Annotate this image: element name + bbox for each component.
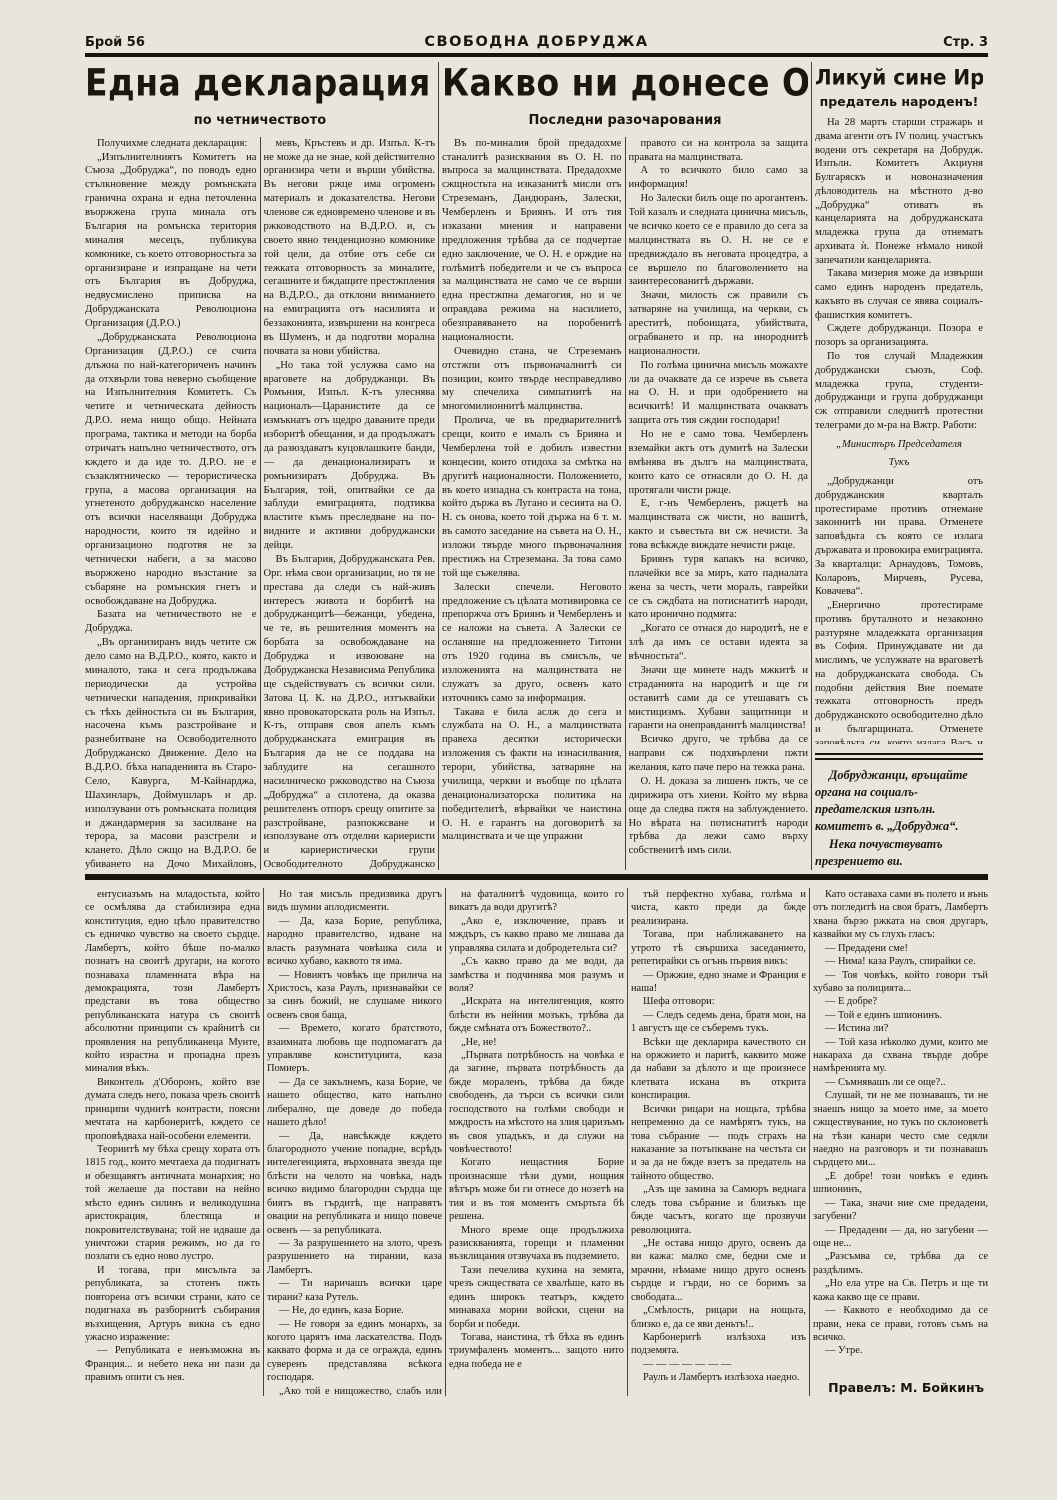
paragraph: Раулъ и Ламбертъ излѣзоха наедно.: [631, 1371, 806, 1384]
paragraph: И тогава, при мисъльта за републиката, з…: [85, 1264, 260, 1345]
paragraph: — Каквото е необходимо да се прави, нека…: [813, 1304, 988, 1344]
paragraph: — Ти наричашъ всички царе тирани? каза Р…: [267, 1277, 442, 1304]
paragraph: Слушай, ти не ме познавашъ, ти не знаешъ…: [813, 1089, 988, 1170]
paragraph: на фаталнитѣ чудовища, които го викатъ д…: [449, 888, 624, 915]
paragraph: „Не остава нищо друго, освенъ да ви кажа…: [631, 1237, 806, 1304]
paragraph: — Предадени — да, но загубени — още не..…: [813, 1224, 988, 1251]
paragraph: „Ако той е нищожество, слабъ или лошъ, к…: [267, 1385, 442, 1396]
feuilleton-column-1-text: ентусиазъмъ на младостьта, който се осмѣ…: [85, 888, 260, 1396]
paragraph: „Искрата на интелигенция, която блѣсти в…: [449, 995, 624, 1035]
paragraph: — Утре.: [813, 1344, 988, 1357]
paragraph: — Съмнявашъ ли се още?..: [813, 1076, 988, 1089]
paragraph: „Добруджанци отъ добруджанския кварталъ …: [815, 475, 983, 599]
paragraph: — Е добре?: [813, 995, 988, 1008]
section-rule: [85, 874, 988, 880]
paragraph: тъй перфектно хубава, голѣма и чиста, ка…: [631, 888, 806, 928]
paragraph: — Да се закълнемъ, каза Борие, че нашето…: [267, 1076, 442, 1130]
paragraph: Всички рицари на нощьта, трѣбва непремен…: [631, 1103, 806, 1184]
column-divider: [809, 888, 810, 1396]
paragraph: — За разрушението на злото, чрезъ разруш…: [267, 1237, 442, 1277]
article-league-headline: Какво ни донесе О.Н.: [442, 64, 808, 103]
newspaper-title: СВОБОДНА ДОБРУДЖА: [305, 34, 768, 50]
declaration-columns: Получихме следната декларация:„Изпълните…: [85, 137, 435, 870]
paragraph: ентусиазъмъ на младостьта, който се осмѣ…: [85, 888, 260, 1076]
article-declaration-subhead: по четничеството: [85, 113, 435, 128]
telegram-address: „Министъръ ПредседателяТукъ: [815, 438, 983, 471]
paragraph: Такава е била аслж до сега и службата на…: [442, 706, 622, 845]
herod-telegrams: „Добруджанци отъ добруджанския кварталъ …: [815, 475, 983, 744]
paragraph: Тогава, при наближаването на утрото тѣ с…: [631, 928, 806, 968]
masthead: Брой 56 СВОБОДНА ДОБРУДЖА Стр. 3: [85, 34, 988, 50]
paragraph: — Не говоря за единъ монархъ, за когото …: [267, 1318, 442, 1385]
paragraph: Сждете добруджанци. Позора е позоръ за о…: [815, 322, 983, 350]
paragraph: „Не, не!: [449, 1036, 624, 1049]
paragraph: — Републиката е невъзможна въ Франция...…: [85, 1344, 260, 1384]
article-herod: Ликуй сине Иродовъ предатель народенъ! Н…: [815, 62, 983, 870]
paragraph: Тази печелива кухина на земята, чрезъ сж…: [449, 1264, 624, 1331]
paragraph: — — — — — — —: [631, 1358, 806, 1371]
paragraph: А то всичкото било само за информация!: [629, 164, 809, 192]
double-rule: [815, 753, 983, 760]
issue-number: Брой 56: [85, 35, 305, 50]
paragraph: „Смѣлость, рицари на нощьта, близко е, д…: [631, 1304, 806, 1331]
paragraph: Тогава, наистина, тѣ бѣха въ единъ триум…: [449, 1331, 624, 1371]
paragraph: Значи ще минете надъ мжкитѣ и страданият…: [629, 664, 809, 733]
column-divider: [263, 888, 264, 1396]
paragraph: — Оржжие, едно знаме и Франция е наша!: [631, 969, 806, 996]
article-herod-headline: Ликуй сине Иродовъ: [815, 65, 983, 89]
section-divider: [811, 62, 812, 870]
paragraph: „Въ организиранъ видъ четите сж дело сам…: [85, 636, 257, 870]
paragraph: О. Н. доказа за лишенъ пжть, че се дириж…: [629, 775, 809, 858]
paragraph: Такава мизерия може да извърши само един…: [815, 267, 983, 322]
paragraph: Но Залески билъ още по арогантенъ. Той к…: [629, 192, 809, 289]
paragraph: По тоя случай Младежкия добруджански съю…: [815, 350, 983, 433]
feuilleton-column-3: на фаталнитѣ чудовища, които го викатъ д…: [449, 888, 624, 1396]
paragraph: Бриянъ туря капакъ на всичко, плачейки в…: [629, 553, 809, 622]
paragraph: „Ако е, изключение, правъ и мждъръ, съ к…: [449, 915, 624, 955]
paragraph: — Тоя човѣкъ, който говори тъй хубаво за…: [813, 969, 988, 996]
paragraph: „Разсъмва се, трѣбва да се раздѣлимъ.: [813, 1250, 988, 1277]
declaration-column-2: мевъ, Кръстевъ и др. Изпъл. К-тъ не може…: [264, 137, 436, 870]
league-column-2: правото си на контрола за защита правата…: [629, 137, 809, 870]
translator-signature: Правелъ: М. Бойкинъ: [813, 1372, 988, 1396]
feuilleton-section: ентусиазъмъ на младостьта, който се осмѣ…: [85, 888, 988, 1396]
paragraph: Базата на четничеството не е Добруджа.: [85, 608, 257, 636]
paragraph: — Истина ли?: [813, 1022, 988, 1035]
paragraph: Значи, милость сж правили съ затваряне н…: [629, 289, 809, 358]
paragraph: — Нима! каза Раулъ, спирайки се.: [813, 955, 988, 968]
declaration-column-1: Получихме следната декларация:„Изпълните…: [85, 137, 257, 870]
paragraph: — Новиятъ човѣкъ ще прилича на Христосъ,…: [267, 969, 442, 1023]
boycott-appeal: Добруджанци, връщайте органа на социалъ-…: [815, 767, 983, 870]
feuilleton-column-4-text: тъй перфектно хубава, голѣма и чиста, ка…: [631, 888, 806, 1396]
paragraph: — Да, навсѣкжде кждето благородното учен…: [267, 1130, 442, 1237]
paragraph: Пролича, че въ предварителнитѣ срещи, ко…: [442, 414, 622, 581]
paragraph: правото си на контрола за защита правата…: [629, 137, 809, 165]
paragraph: — Времето, когато братството, взаимната …: [267, 1022, 442, 1076]
paragraph: — Следъ седемь дена, братя мои, на 1 авг…: [631, 1009, 806, 1036]
column-divider: [445, 888, 446, 1396]
column-divider: [260, 137, 261, 870]
section-divider: [438, 62, 439, 870]
paragraph: Всичко друго, че трѣбва да се направи сж…: [629, 733, 809, 775]
paragraph: — Предадени сме!: [813, 942, 988, 955]
paragraph: — Той е единъ шпионинъ.: [813, 1009, 988, 1022]
league-columns: Въ по-миналия брой предадохме станалитѣ …: [442, 137, 808, 870]
paragraph: Залески спечели. Неговото предложение съ…: [442, 581, 622, 706]
article-league-subhead: Последни разочарования: [442, 113, 808, 128]
article-herod-subhead: предатель народенъ!: [815, 94, 983, 109]
paragraph: Когато нещастния Борие произнасяше тѣзи …: [449, 1156, 624, 1223]
paragraph: Въ по-миналия брой предадохме станалитѣ …: [442, 137, 622, 345]
paragraph: — Да, каза Борие, република, народно пра…: [267, 915, 442, 969]
paragraph: На 28 мартъ старши стражарь и двама аген…: [815, 116, 983, 267]
paragraph: „Енергично протестираме противъ брутално…: [815, 599, 983, 744]
paragraph: Но тая мисъль предизвика другъ видъ шумн…: [267, 888, 442, 915]
paragraph: „Съ какво право да ме води, да замѣства …: [449, 955, 624, 995]
paragraph: „Но ела утре на Св. Петръ и ще ти кажа к…: [813, 1277, 988, 1304]
feuilleton-column-3-text: на фаталнитѣ чудовища, които го викатъ д…: [449, 888, 624, 1396]
paragraph: „Министъръ Председателя: [815, 438, 983, 452]
herod-body: На 28 мартъ старши стражарь и двама аген…: [815, 116, 983, 744]
herod-paragraphs: На 28 мартъ старши стражарь и двама аген…: [815, 116, 983, 433]
newspaper-page: Брой 56 СВОБОДНА ДОБРУДЖА Стр. 3 Една де…: [0, 0, 1057, 1500]
feuilleton-column-5: Като оставаха сами въ полето и вънь отъ …: [813, 888, 988, 1396]
paragraph: Тукъ: [815, 456, 983, 470]
feuilleton-column-5-text: Като оставаха сами въ полето и вънь отъ …: [813, 888, 988, 1372]
paragraph: По голѣма цинична мисъль можахте ли да о…: [629, 359, 809, 428]
paragraph: — Не, до единъ, каза Борие.: [267, 1304, 442, 1317]
paragraph: Въ България, Добруджанската Рев. Орг. нѣ…: [264, 553, 436, 870]
feuilleton-column-2-text: Но тая мисъль предизвика другъ видъ шумн…: [267, 888, 442, 1396]
paragraph: Е, г-нъ Чемберленъ, ржцетѣ на малцинства…: [629, 497, 809, 553]
paragraph: Като оставаха сами въ полето и вънь отъ …: [813, 888, 988, 942]
feuilleton-column-2: Но тая мисъль предизвика другъ видъ шумн…: [267, 888, 442, 1396]
paragraph: — Той каза нѣколко думи, които ме накара…: [813, 1036, 988, 1076]
paragraph: Карбонеритѣ излѣзоха изъ подземята.: [631, 1331, 806, 1358]
paragraph: Получихме следната декларация:: [85, 137, 257, 151]
article-declaration-headline: Една декларация на Д.Р.О.: [85, 64, 435, 103]
page-number: Стр. 3: [768, 35, 988, 50]
column-divider: [627, 888, 628, 1396]
paragraph: Шефа отговори:: [631, 995, 806, 1008]
masthead-rule: [85, 53, 988, 57]
paragraph: Теориитѣ му бѣха срещу хората отъ 1815 г…: [85, 1143, 260, 1264]
paragraph: „Изпълнителниятъ Комитетъ на Съюза „Добр…: [85, 151, 257, 331]
paragraph: „Когато се отнася до народитѣ, не е злѣ …: [629, 622, 809, 664]
paragraph: Добруджанци, връщайте органа на социалъ-…: [815, 767, 983, 836]
paragraph: Виконтель д'Оборонъ, който взе думата сл…: [85, 1076, 260, 1143]
feuilleton-column-4: тъй перфектно хубава, голѣма и чиста, ка…: [631, 888, 806, 1396]
paragraph: мевъ, Кръстевъ и др. Изпъл. К-тъ не може…: [264, 137, 436, 359]
paragraph: Много време още продължиха разискванията…: [449, 1224, 624, 1264]
article-league: Какво ни донесе О.Н. Последни разочарова…: [442, 62, 808, 870]
paragraph: Очевидно стана, че Стреземанъ отстжпи от…: [442, 345, 622, 414]
paragraph: „Азъ ще замина за Самюръ веднага следъ т…: [631, 1183, 806, 1237]
paragraph: „Но така той услужва само на враговете н…: [264, 359, 436, 553]
column-divider: [625, 137, 626, 870]
top-section: Една декларация на Д.Р.О. по четничество…: [85, 62, 988, 870]
paragraph: „Добруджанската Революциона Организация …: [85, 331, 257, 609]
paragraph: „Първата потрѣбность на човѣка е да заги…: [449, 1049, 624, 1156]
paragraph: Но не е само това. Чемберленъ вземайки а…: [629, 428, 809, 497]
league-column-1: Въ по-миналия брой предадохме станалитѣ …: [442, 137, 622, 870]
paragraph: „Е добре! този човѣкъ е единъ шпионинъ,: [813, 1170, 988, 1197]
feuilleton-column-1: ентусиазъмъ на младостьта, който се осмѣ…: [85, 888, 260, 1396]
paragraph: — Така, значи ние сме предадени, загубен…: [813, 1197, 988, 1224]
paragraph: Нека почувствуватъ презрението ви.: [815, 836, 983, 870]
paragraph: Всѣки ще декларира качеството си на оржж…: [631, 1036, 806, 1103]
article-declaration: Една декларация на Д.Р.О. по четничество…: [85, 62, 435, 870]
